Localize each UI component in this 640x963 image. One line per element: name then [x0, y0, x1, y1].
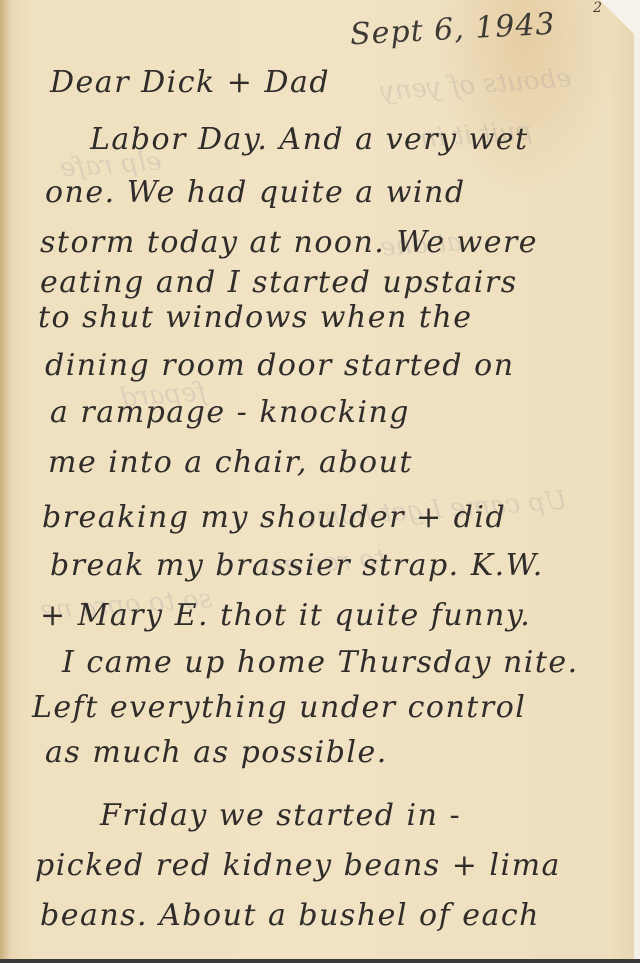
page-right-edge — [634, 14, 640, 963]
letter-line: I came up home Thursday nite. — [62, 645, 579, 680]
letter-line: me into a chair, about — [48, 445, 413, 480]
letter-line: to shut windows when the — [38, 300, 473, 335]
letter-line: a rampage - knocking — [50, 395, 410, 430]
binding-edge — [0, 0, 10, 963]
letter-line: dining room door started on — [45, 348, 515, 383]
letter-page: ebouts of yeny puit it in elp rafe at on… — [0, 0, 640, 963]
letter-line: break my brassier strap. K.W. — [50, 548, 544, 583]
letter-line: breaking my shoulder + did — [42, 500, 506, 535]
letter-line: one. We had quite a wind — [45, 175, 466, 210]
letter-line: beans. About a bushel of each — [40, 898, 540, 933]
letter-date: Sept 6, 1943 — [349, 7, 556, 53]
letter-line: as much as possible. — [45, 735, 388, 770]
letter-line: picked red kidney beans + lima — [35, 848, 561, 883]
letter-line: eating and I started upstairs — [40, 265, 518, 300]
salutation: Dear Dick + Dad — [50, 65, 330, 100]
letter-line: Labor Day. And a very wet — [90, 122, 529, 157]
scan-bottom-edge — [0, 959, 640, 963]
letter-line: storm today at noon. We were — [40, 225, 538, 260]
page-number: 2 — [593, 0, 602, 16]
letter-line: Friday we started in - — [100, 798, 461, 833]
letter-line: Left everything under control — [32, 690, 526, 725]
letter-line: + Mary E. thot it quite funny. — [40, 598, 531, 633]
corner-fold — [600, 0, 640, 40]
